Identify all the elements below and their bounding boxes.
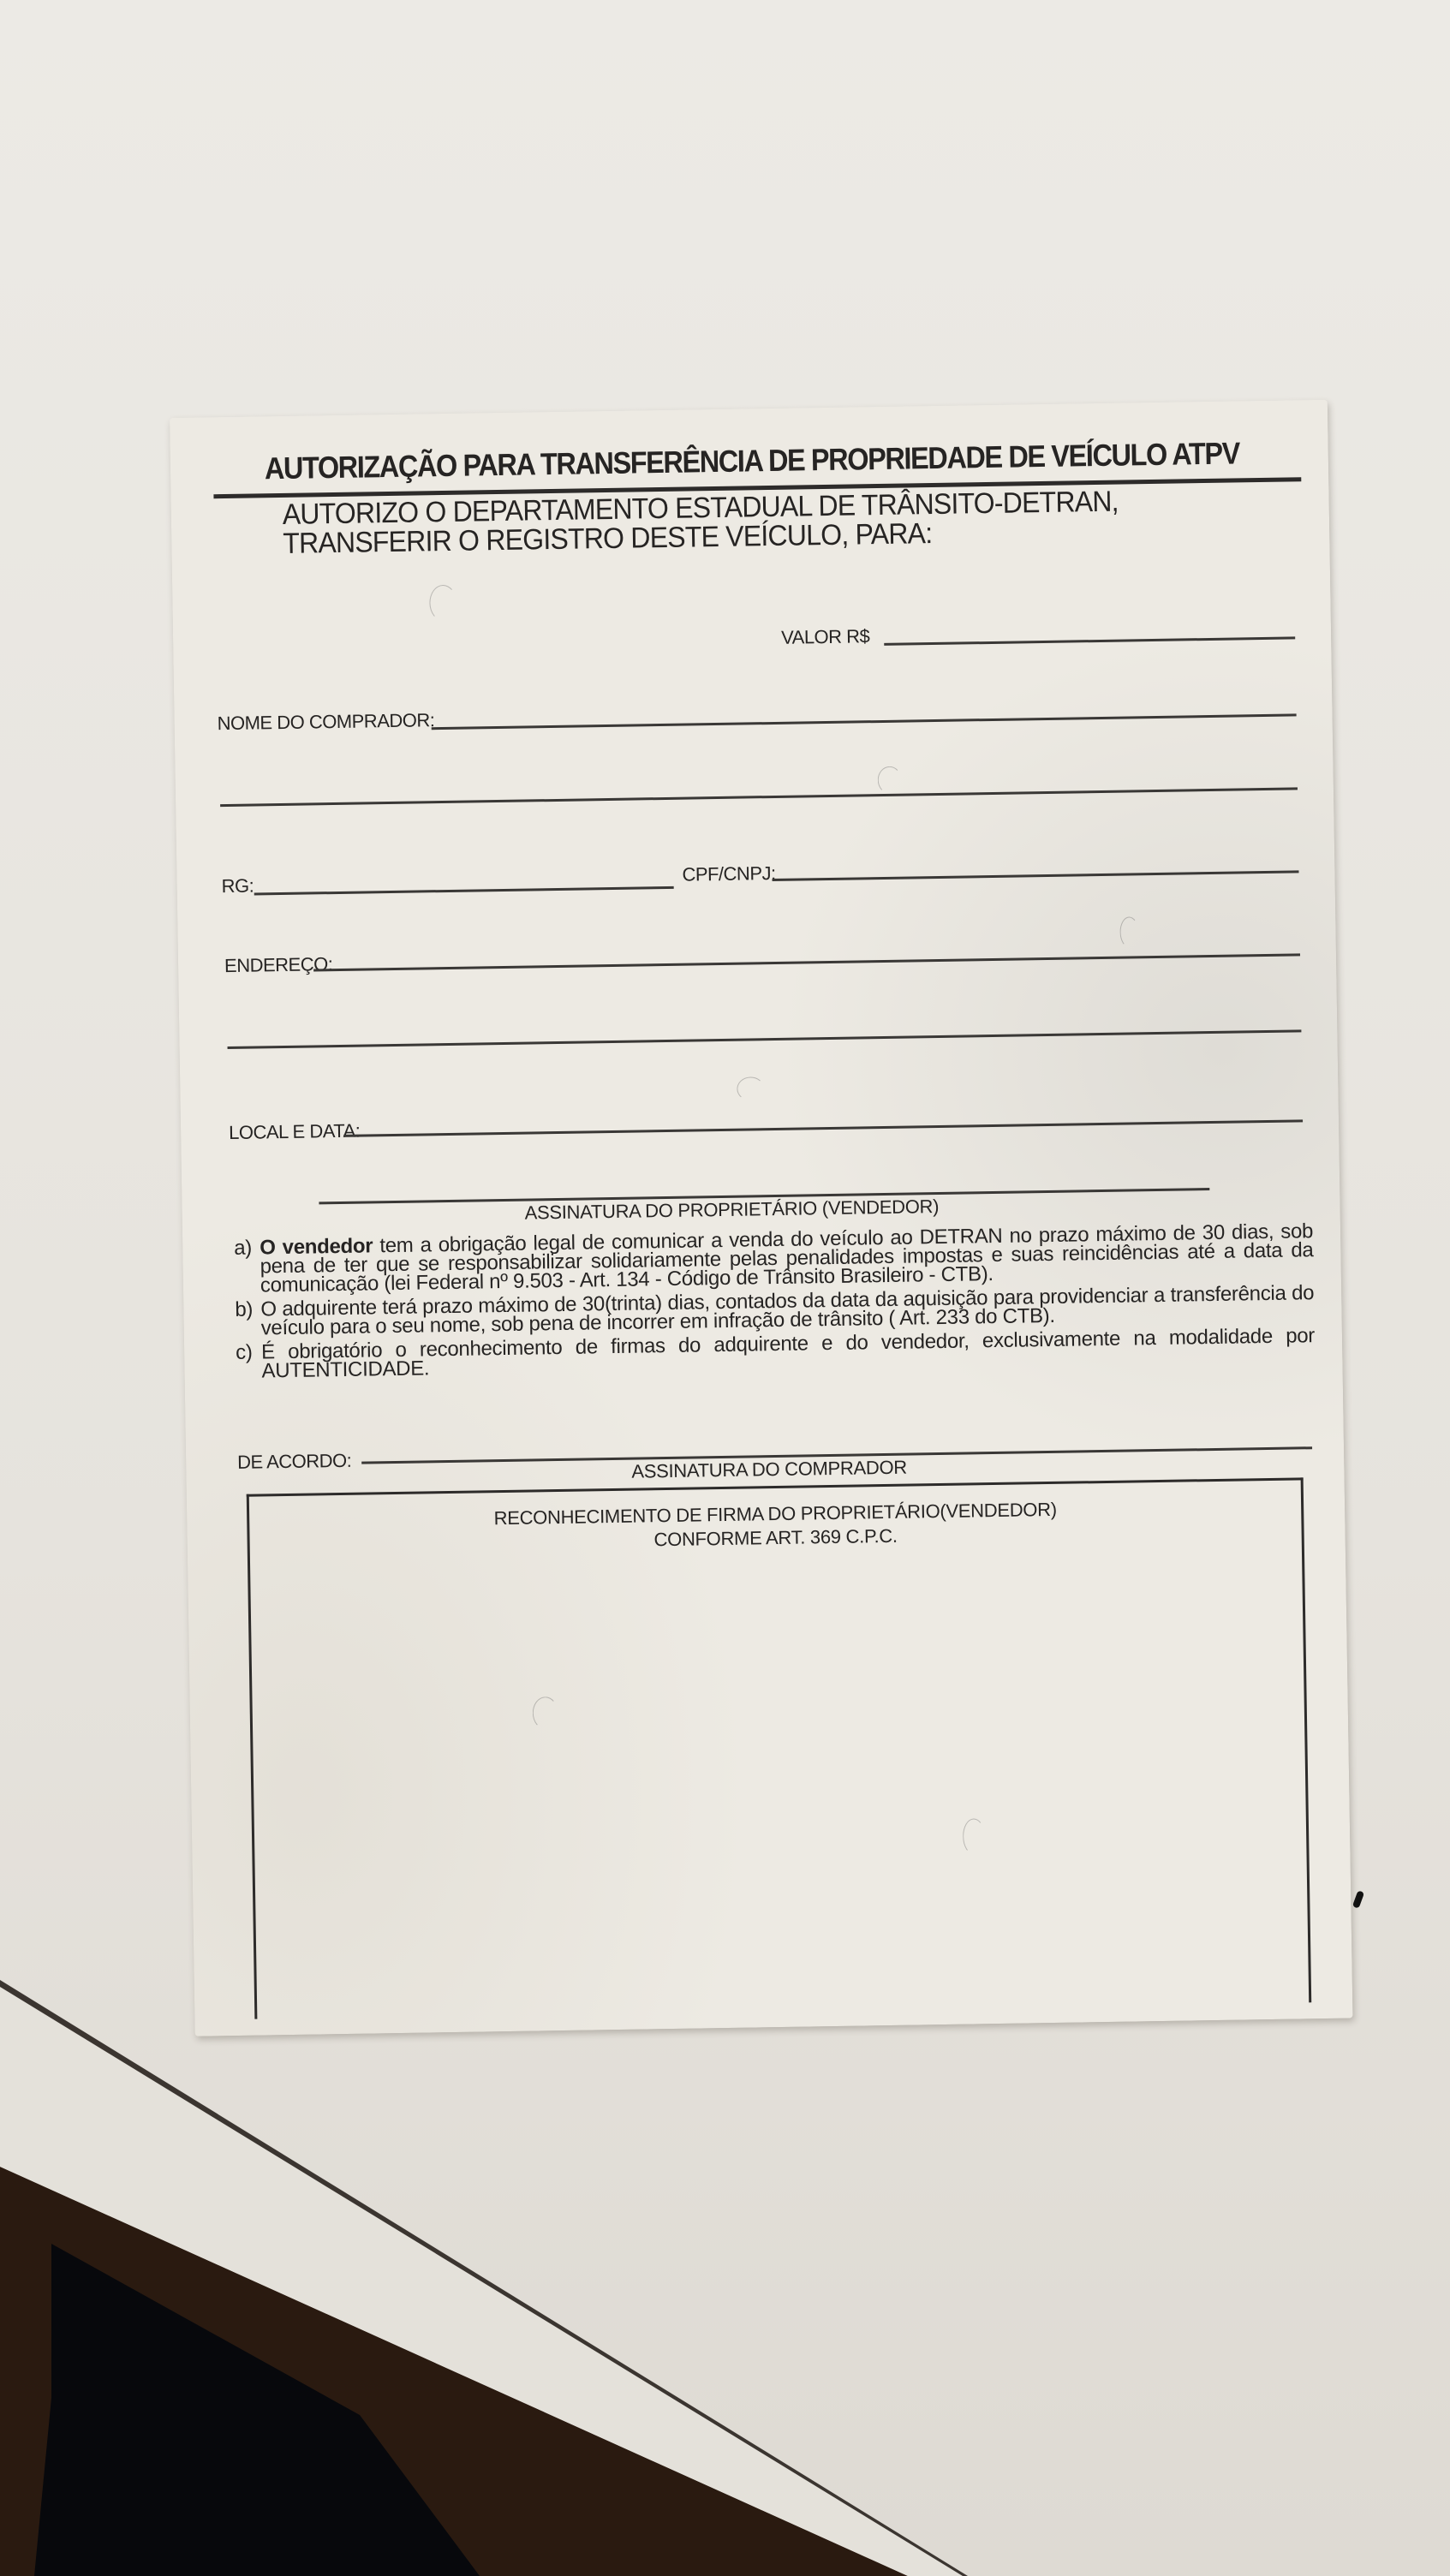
rg-field[interactable] — [254, 886, 674, 896]
nome-comprador-field[interactable] — [432, 713, 1297, 730]
nome-comprador-label: NOME DO COMPRADOR: — [217, 709, 434, 735]
note-letter: a) — [234, 1238, 260, 1295]
notary-recognition-box: RECONHECIMENTO DE FIRMA DO PROPRIETÁRIO(… — [247, 1477, 1311, 2018]
form-title: AUTORIZAÇÃO PARA TRANSFERÊNCIA DE PROPRI… — [265, 435, 1240, 486]
buyer-signature-caption: ASSINATURA DO COMPRADOR — [631, 1457, 907, 1483]
paper-fiber — [877, 766, 901, 794]
nome-comprador-field-line-2[interactable] — [220, 787, 1298, 807]
local-data-field[interactable] — [343, 1119, 1303, 1137]
note-letter: b) — [235, 1300, 261, 1338]
paper-fiber — [429, 585, 457, 621]
paper-fiber — [963, 1818, 986, 1854]
note-letter: c) — [236, 1343, 262, 1380]
cpf-cnpj-label: CPF/CNPJ: — [682, 862, 776, 886]
endereco-field[interactable] — [313, 953, 1300, 971]
atpv-form-paper: AUTORIZAÇÃO PARA TRANSFERÊNCIA DE PROPRI… — [170, 400, 1353, 2036]
valor-label: VALOR R$ — [781, 625, 870, 649]
local-data-label: LOCAL E DATA: — [229, 1120, 361, 1144]
endereco-label: ENDEREÇO: — [224, 953, 333, 977]
rg-label: RG: — [221, 875, 254, 898]
paper-fiber — [737, 1076, 764, 1100]
paper-fiber — [1119, 916, 1139, 947]
form-subtitle: AUTORIZO O DEPARTAMENTO ESTADUAL DE TRÂN… — [283, 487, 1119, 558]
de-acordo-label: DE ACORDO: — [237, 1450, 352, 1474]
cpf-cnpj-field[interactable] — [773, 870, 1299, 881]
notary-box-title: RECONHECIMENTO DE FIRMA DO PROPRIETÁRIO(… — [249, 1494, 1302, 1558]
endereco-field-line-2[interactable] — [228, 1029, 1302, 1049]
legal-notes: a) O vendedor tem a obrigação legal de c… — [234, 1222, 1316, 1386]
valor-field[interactable] — [884, 636, 1295, 646]
